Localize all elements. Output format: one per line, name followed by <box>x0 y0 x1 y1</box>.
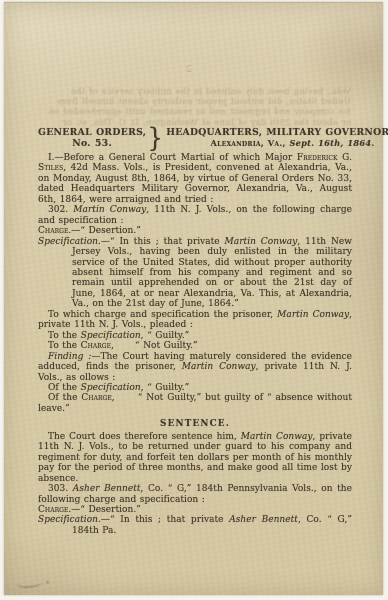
text-run: , “ Guilty.” <box>141 331 190 341</box>
text-run: SENTENCE. <box>160 419 230 429</box>
paragraph-3: Specification.—“ In this ; that private … <box>38 237 352 310</box>
text-run: To which charge and specification the pr… <box>48 310 277 320</box>
text-run: Martin Conway <box>225 237 298 247</box>
text-run: Of the <box>48 383 81 393</box>
text-run: —“ In this ; that private <box>101 237 225 247</box>
text-run: Charge <box>81 341 111 351</box>
paragraph-8: Of the Specification, “ Guilty.” <box>38 383 352 393</box>
body-paragraphs: I.—Before a General Court Martial of whi… <box>38 153 352 536</box>
paragraph-12: 303. Asher Bennett, Co. “ G,” 184th Penn… <box>38 484 352 505</box>
text-run: Martin Conway <box>277 310 349 320</box>
text-run: , 11th New Jersey Vols., having been dul… <box>72 237 352 310</box>
text-run: Martin Conway <box>182 362 256 372</box>
text-run: , “ Not Guilty.” <box>111 341 198 351</box>
bleedthrough-line-2: his company and regiment and so remained… <box>40 107 351 117</box>
bleedthrough-page-number: 2 <box>183 65 195 75</box>
text-run: Finding : <box>48 352 91 362</box>
bleedthrough-line-0: Vols., having been duly enlisted in the … <box>40 87 351 97</box>
text-run: Asher Bennett <box>73 484 141 494</box>
text-run: Martin Conway <box>73 205 146 215</box>
text-run: Specification <box>81 331 141 341</box>
text-run: .—“ Desertion.” <box>68 226 140 236</box>
paragraph-7: Finding :—The Court having maturely cons… <box>38 352 352 383</box>
order-number: No. 53. <box>38 138 146 149</box>
text-run: Specification <box>81 383 141 393</box>
paragraph-13: Charge.—“ Desertion.” <box>38 505 352 515</box>
place-name: Alexandria, Va., <box>211 138 290 148</box>
text-run: , 42d Mass. Vols., is President, convene… <box>38 163 352 204</box>
paragraph-9: Of the Charge, “ Not Guilty,” but guilty… <box>38 393 352 414</box>
text-run: Charge <box>81 393 111 403</box>
text-run: To the <box>48 331 81 341</box>
text-run: The Court does therefore sentence him, <box>48 432 241 442</box>
text-run: —“ In this ; that private <box>101 515 229 525</box>
masthead: GENERAL ORDERS, No. 53. } HEADQUARTERS, … <box>38 127 352 149</box>
text-run: Asher Bennett <box>229 515 298 525</box>
text-run: Specification. <box>38 515 101 525</box>
text-run: Martin Conway <box>241 432 313 442</box>
text-run: 303. <box>48 484 73 494</box>
sentence-heading: SENTENCE. <box>38 419 352 429</box>
paragraph-5: To the Specification, “ Guilty.” <box>38 331 352 341</box>
bleedthrough-text: Vols., having been duly enlisted in the … <box>40 87 351 128</box>
paragraph-4: To which charge and specification the pr… <box>38 310 352 331</box>
document-content: GENERAL ORDERS, No. 53. } HEADQUARTERS, … <box>38 127 352 536</box>
text-run: 302. <box>48 205 73 215</box>
paragraph-6: To the Charge, “ Not Guilty.” <box>38 341 352 351</box>
scanned-document-screenshot: { "page": { "kind": "aged printed docume… <box>0 0 388 600</box>
paragraph-0: I.—Before a General Court Martial of whi… <box>38 153 352 205</box>
text-run: .—“ Desertion.” <box>68 505 140 515</box>
brace-glyph: } <box>146 126 166 149</box>
pencil-scuff-mark <box>16 577 43 589</box>
text-run: Charge <box>38 505 68 515</box>
dateline: Alexandria, Va., Sept. 16th, 1864. <box>166 138 388 149</box>
paragraph-11: The Court does therefore sentence him, M… <box>38 432 352 484</box>
headquarters-block: HEADQUARTERS, MILITARY GOVERNOR, Alexand… <box>166 127 388 149</box>
headquarters-line: HEADQUARTERS, MILITARY GOVERNOR, <box>166 127 388 138</box>
paper-sheet: 2 Vols., having been duly enlisted in th… <box>4 2 383 595</box>
text-run: Charge <box>38 226 68 236</box>
text-run: Of the <box>48 393 81 403</box>
general-orders-label: GENERAL ORDERS, <box>38 127 146 138</box>
paragraph-14: Specification.—“ In this ; that private … <box>38 515 352 536</box>
general-orders-block: GENERAL ORDERS, No. 53. <box>38 127 146 149</box>
text-run: I.—Before a General Court Martial of whi… <box>48 153 297 163</box>
bleedthrough-line-1: United States, did without proper author… <box>40 97 351 107</box>
paragraph-2: Charge.—“ Desertion.” <box>38 226 352 236</box>
text-run: Specification. <box>38 237 101 247</box>
paragraph-1: 302. Martin Conway, 11th N. J. Vols., on… <box>38 205 352 226</box>
text-run: , “ Guilty.” <box>141 383 190 393</box>
text-run: To the <box>48 341 81 351</box>
date-text: Sept. 16th, 1864. <box>289 138 374 148</box>
